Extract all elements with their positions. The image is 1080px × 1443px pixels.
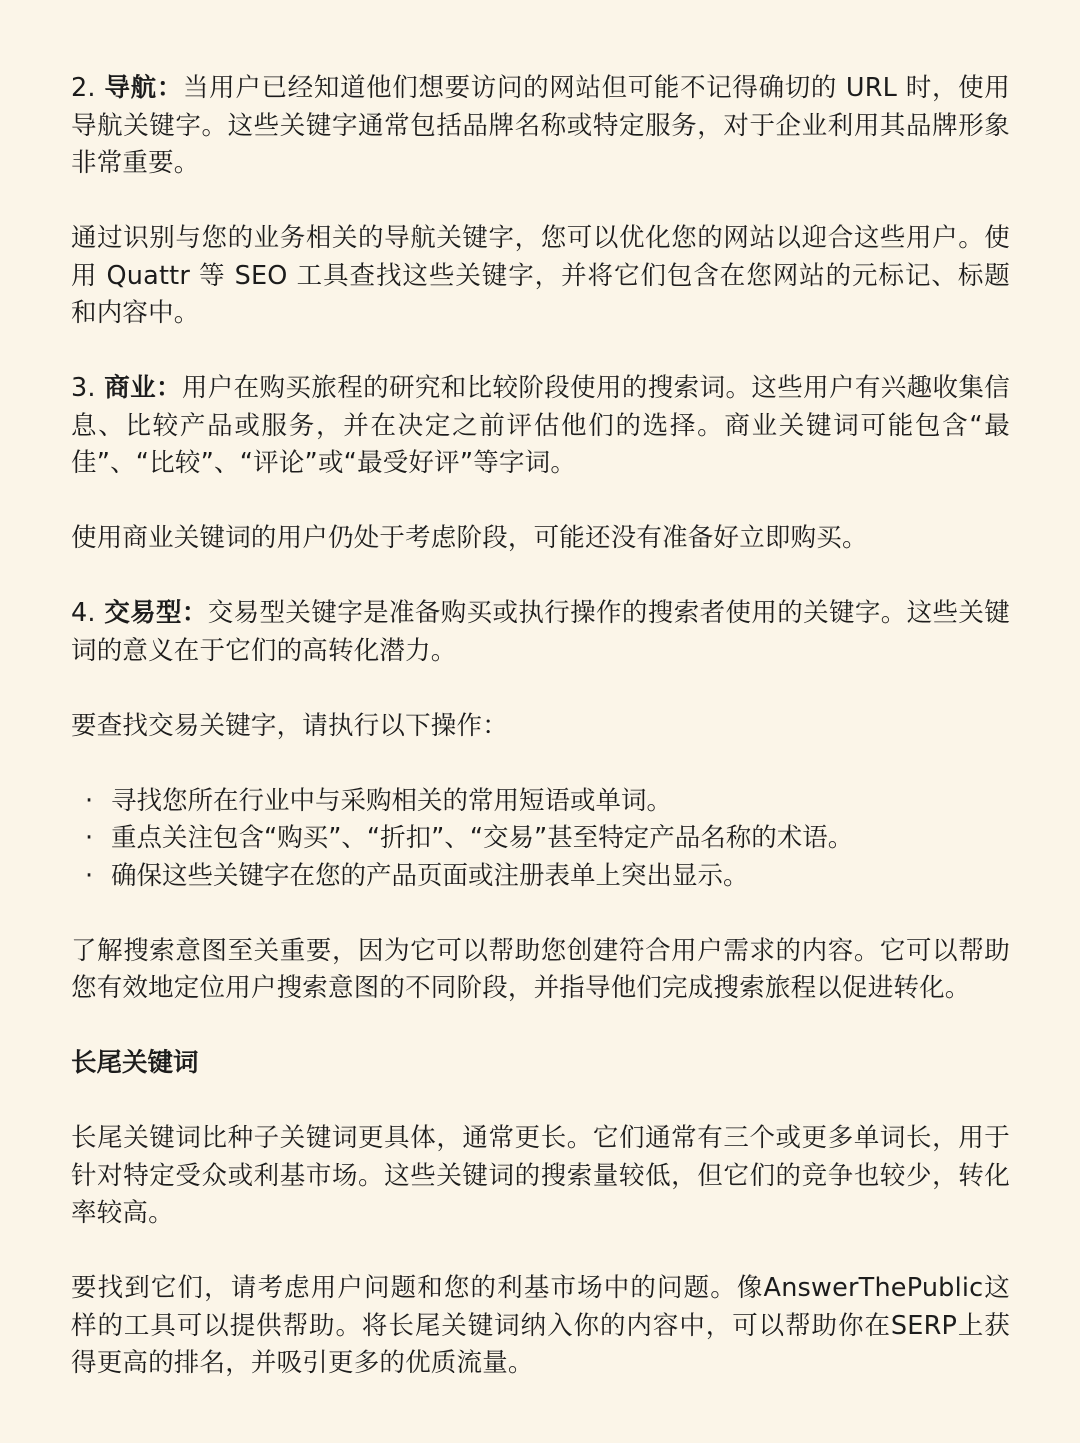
paragraph-long-tail-tips: 要找到它们，请考虑用户问题和您的利基市场中的问题。像AnswerThePubli… [71, 1270, 1010, 1383]
section-transactional: 4. 交易型：交易型关键字是准备购买或执行操作的搜索者使用的关键字。这些关键词的… [71, 595, 1010, 670]
paragraph-gap [71, 745, 1010, 783]
bullet-icon: · [85, 820, 93, 858]
paragraph-search-intent-summary: 了解搜索意图至关重要，因为它可以帮助您创建符合用户需求的内容。它可以帮助您有效地… [71, 933, 1010, 1008]
paragraph-long-tail-definition: 长尾关键词比种子关键词更具体，通常更长。它们通常有三个或更多单词长，用于针对特定… [71, 1120, 1010, 1233]
section-label: 导航： [105, 73, 184, 103]
article-page: 2. 导航：当用户已经知道他们想要访问的网站但可能不记得确切的 URL 时，使用… [0, 0, 1080, 1443]
paragraph-transactional-intro: 要查找交易关键字，请执行以下操作： [71, 708, 1010, 746]
paragraph-gap [71, 483, 1010, 521]
paragraph-gap [71, 558, 1010, 596]
paragraph-gap [71, 1008, 1010, 1046]
paragraph-commercial-note: 使用商业关键词的用户仍处于考虑阶段，可能还没有准备好立即购买。 [71, 520, 1010, 558]
list-item: · 确保这些关键字在您的产品页面或注册表单上突出显示。 [71, 858, 1010, 896]
bullet-icon: · [85, 858, 93, 896]
list-item: · 重点关注包含“购买”、“折扣”、“交易”甚至特定产品名称的术语。 [71, 820, 1010, 858]
paragraph-navigational-tips: 通过识别与您的业务相关的导航关键字，您可以优化您的网站以迎合这些用户。使用 Qu… [71, 220, 1010, 333]
section-number: 2. [71, 73, 105, 103]
bullet-icon: · [85, 783, 93, 821]
section-text: 当用户已经知道他们想要访问的网站但可能不记得确切的 URL 时，使用导航关键字。… [71, 73, 1010, 178]
section-text: 用户在购买旅程的研究和比较阶段使用的搜索词。这些用户有兴趣收集信息、比较产品或服… [71, 373, 1010, 478]
heading-long-tail-keywords: 长尾关键词 [71, 1045, 1010, 1083]
list-item: · 寻找您所在行业中与采购相关的常用短语或单词。 [71, 783, 1010, 821]
section-number: 4. [71, 598, 104, 628]
paragraph-gap [71, 1233, 1010, 1271]
paragraph-gap [71, 1083, 1010, 1121]
section-label: 交易型： [104, 598, 208, 628]
section-navigational: 2. 导航：当用户已经知道他们想要访问的网站但可能不记得确切的 URL 时，使用… [71, 70, 1010, 183]
section-number: 3. [71, 373, 104, 403]
list-item-text: 重点关注包含“购买”、“折扣”、“交易”甚至特定产品名称的术语。 [111, 823, 853, 853]
section-text: 交易型关键字是准备购买或执行操作的搜索者使用的关键字。这些关键词的意义在于它们的… [71, 598, 1010, 666]
paragraph-gap [71, 670, 1010, 708]
list-item-text: 确保这些关键字在您的产品页面或注册表单上突出显示。 [111, 861, 749, 891]
paragraph-gap [71, 895, 1010, 933]
section-label: 商业： [104, 373, 182, 403]
transactional-steps-list: · 寻找您所在行业中与采购相关的常用短语或单词。 · 重点关注包含“购买”、“折… [71, 783, 1010, 896]
paragraph-gap [71, 183, 1010, 221]
list-item-text: 寻找您所在行业中与采购相关的常用短语或单词。 [111, 786, 672, 816]
section-commercial: 3. 商业：用户在购买旅程的研究和比较阶段使用的搜索词。这些用户有兴趣收集信息、… [71, 370, 1010, 483]
paragraph-gap [71, 333, 1010, 371]
